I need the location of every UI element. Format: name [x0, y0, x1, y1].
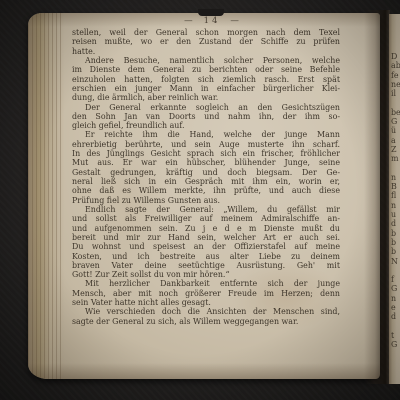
text-line: Kosten, und ich bestreite aus alter Lieb…: [72, 252, 340, 261]
text-fragment: ü: [391, 126, 400, 135]
text-line: einzuholen hatten, folgten sich ziemlich…: [72, 75, 340, 84]
text-line: braven Vater deine seetüchtige Ausrüstun…: [72, 261, 340, 270]
text-line: Wie verschieden doch die Ansichten der M…: [72, 307, 340, 316]
text-line: gleich gefiel, freundlich auf.: [72, 121, 340, 130]
text-fragment: n: [391, 201, 400, 210]
text-line: ehrerbietig berührte, und sein Auge must…: [72, 140, 340, 149]
book-gutter-shadow: [364, 10, 390, 384]
text-fragment: G: [391, 284, 400, 293]
text-fragment: fe: [391, 71, 400, 80]
page-fore-edge: [28, 13, 64, 379]
text-line: In des Jünglings Gesicht sprach sich ein…: [72, 149, 340, 158]
text-line: neral ließ sich in ein Gespräch mit ihm …: [72, 177, 340, 186]
header-dash-left: —: [184, 16, 194, 26]
text-line: Mensch, aber mit noch größerer Freude im…: [72, 289, 340, 298]
text-fragment: b: [391, 229, 400, 238]
text-fragment: fl: [391, 191, 400, 200]
page-edge-notch: [198, 9, 224, 16]
text-fragment: b: [391, 238, 400, 247]
text-line: Mut aus. Er war ein hübscher, blühender …: [72, 158, 340, 167]
text-line: Gott! Zur Zeit sollst du von mir hören.“: [72, 270, 340, 279]
text-fragment: [391, 98, 400, 107]
book-right-page-sliver: Dabfeneil beGüaZm nBflnudbbbN fGned tG: [389, 14, 400, 384]
text-fragment: n: [391, 294, 400, 303]
text-fragment: u: [391, 210, 400, 219]
text-line: sein Vater hatte nicht alles gesagt.: [72, 298, 340, 307]
text-fragment: a: [391, 136, 400, 145]
text-fragment: il: [391, 89, 400, 98]
text-line: Mit herzlicher Dankbarkeit entfernte sic…: [72, 279, 340, 288]
text-line: Prüfung fiel zu Willems Gunsten aus.: [72, 196, 340, 205]
text-fragment: f: [391, 275, 400, 284]
page-number: 14: [204, 16, 221, 26]
text-line: Gestalt gedrungen, kräftig und doch bieg…: [72, 168, 340, 177]
text-line: dung, die ärmlich, aber reinlich war.: [72, 93, 340, 102]
text-fragment: G: [391, 340, 400, 349]
text-line: hatte.: [72, 47, 340, 56]
text-line: Er reichte ihm die Hand, welche der jung…: [72, 130, 340, 139]
text-fragment: [391, 322, 400, 331]
text-line: Endlich sagte der General: „Willem, du g…: [72, 205, 340, 214]
text-line: Der General erkannte sogleich an den Ges…: [72, 103, 340, 112]
text-fragment: n: [391, 173, 400, 182]
photo-background: —14— stellen, weil der General schon mor…: [0, 0, 400, 400]
text-fragment: b: [391, 247, 400, 256]
text-fragment: be: [391, 108, 400, 117]
text-line: stellen, weil der General schon morgen n…: [72, 28, 340, 37]
text-line: bereit und mir zur Hand sein, welcher Ar…: [72, 233, 340, 242]
text-fragment: [391, 266, 400, 275]
right-page-text-fragments: Dabfeneil beGüaZm nBflnudbbbN fGned tG: [391, 52, 400, 350]
text-line: und sollst als Freiwilliger auf meinem A…: [72, 214, 340, 223]
text-line: reisen mußte, wo er den Zustand der Schi…: [72, 37, 340, 46]
text-line: Du wohnst und speisest an der Offizierst…: [72, 242, 340, 251]
page-bottom-shadow: [28, 363, 380, 379]
text-fragment: d: [391, 312, 400, 321]
text-fragment: N: [391, 257, 400, 266]
text-fragment: ab: [391, 61, 400, 70]
text-line: den Sohn Jan van Doorts und nahm ihn, de…: [72, 112, 340, 121]
running-head: —14—: [78, 16, 346, 26]
text-fragment: t: [391, 331, 400, 340]
text-line: und aufgenommen sein. Zu j e d e m Diens…: [72, 224, 340, 233]
text-fragment: [391, 164, 400, 173]
text-line: im Dienste dem General zu berichten oder…: [72, 65, 340, 74]
text-line: Andere Besuche, namentlich solcher Perso…: [72, 56, 340, 65]
text-line: sagte der General zu sich, als Willem we…: [72, 317, 340, 326]
body-text: stellen, weil der General schon morgen n…: [72, 28, 340, 328]
text-fragment: ne: [391, 80, 400, 89]
text-fragment: D: [391, 52, 400, 61]
text-fragment: e: [391, 303, 400, 312]
text-fragment: m: [391, 154, 400, 163]
text-fragment: G: [391, 117, 400, 126]
text-line: ohne daß es Willem merkte, ihn prüfte, u…: [72, 186, 340, 195]
text-fragment: B: [391, 182, 400, 191]
text-fragment: Z: [391, 145, 400, 154]
header-dash-right: —: [230, 16, 240, 26]
text-line: erschien ein junger Mann in einfacher bü…: [72, 84, 340, 93]
text-fragment: d: [391, 219, 400, 228]
